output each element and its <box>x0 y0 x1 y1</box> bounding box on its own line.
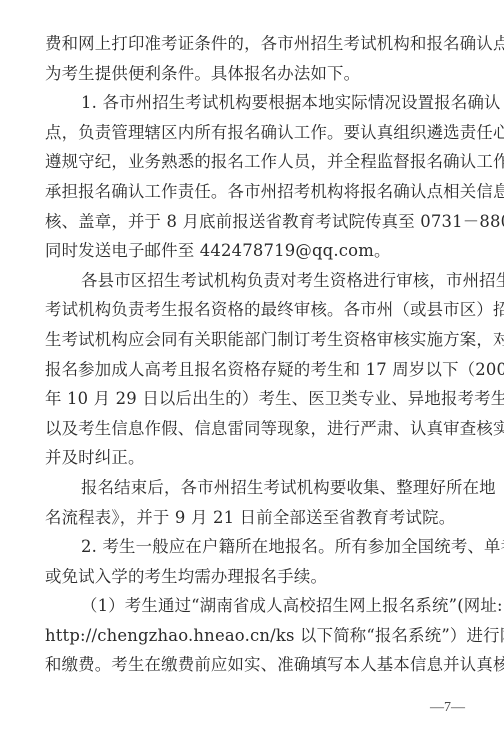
text-line: 以及考生信息作假、信息雷同等现象，进行严肃、认真审查核实， <box>45 414 467 444</box>
text-line: 名流程表》，并于 9 月 21 日前全部送至省教育考试院。 <box>45 503 467 533</box>
text-line: http://chengzhao.hneao.cn/ks 以下简称“报名系统”）… <box>45 621 467 651</box>
text-line: 生考试机构应会同有关职能部门制订考生资格审核实施方案，对 <box>45 325 467 355</box>
text-line: 或免试入学的考生均需办理报名手续。 <box>45 562 467 592</box>
text-line: 并及时纠正。 <box>45 443 467 473</box>
text-line: 遵规守纪，业务熟悉的报名工作人员，并全程监督报名确认工作， <box>45 147 467 177</box>
text-line: 同时发送电子邮件至 442478719@qq.com。 <box>45 236 467 266</box>
text-line: 各县市区招生考试机构负责对考生资格进行审核，市州招生 <box>45 266 467 296</box>
text-line: 点，负责管理辖区内所有报名确认工作。要认真组织遴选责任心强， <box>45 118 467 148</box>
text-line: 和缴费。考生在缴费前应如实、准确填写本人基本信息并认真核 <box>45 650 467 680</box>
text-line: 核、盖章，并于 8 月底前报送省教育考试院传真至 0731－88090229， <box>45 207 467 237</box>
text-line: 1. 各市州招生考试机构要根据本地实际情况设置报名确认 <box>45 88 467 118</box>
text-line: 考试机构负责考生报名资格的最终审核。各市州（或县市区）招 <box>45 295 467 325</box>
text-line: 为考生提供便利条件。具体报名办法如下。 <box>45 59 467 89</box>
text-line: （1）考生通过“湖南省成人高校招生网上报名系统”(网址: <box>45 591 467 621</box>
text-line: 年 10 月 29 日以后出生的）考生、医卫类专业、异地报考考生等， <box>45 384 467 414</box>
text-line: 费和网上打印准考证条件的，各市州招生考试机构和报名确认点应 <box>45 29 467 59</box>
text-line: 承担报名确认工作责任。各市州招考机构将报名确认点相关信息审 <box>45 177 467 207</box>
text-line: 2. 考生一般应在户籍所在地报名。所有参加全国统考、单考 <box>45 532 467 562</box>
page-number: —7— <box>430 700 465 716</box>
text-line: 报名结束后，各市州招生考试机构要收集、整理好所在地《报 <box>45 473 467 503</box>
text-line: 报名参加成人高考且报名资格存疑的考生和 17 周岁以下（2000 <box>45 355 467 385</box>
document-body: 费和网上打印准考证条件的，各市州招生考试机构和报名确认点应 为考生提供便利条件。… <box>45 29 467 680</box>
